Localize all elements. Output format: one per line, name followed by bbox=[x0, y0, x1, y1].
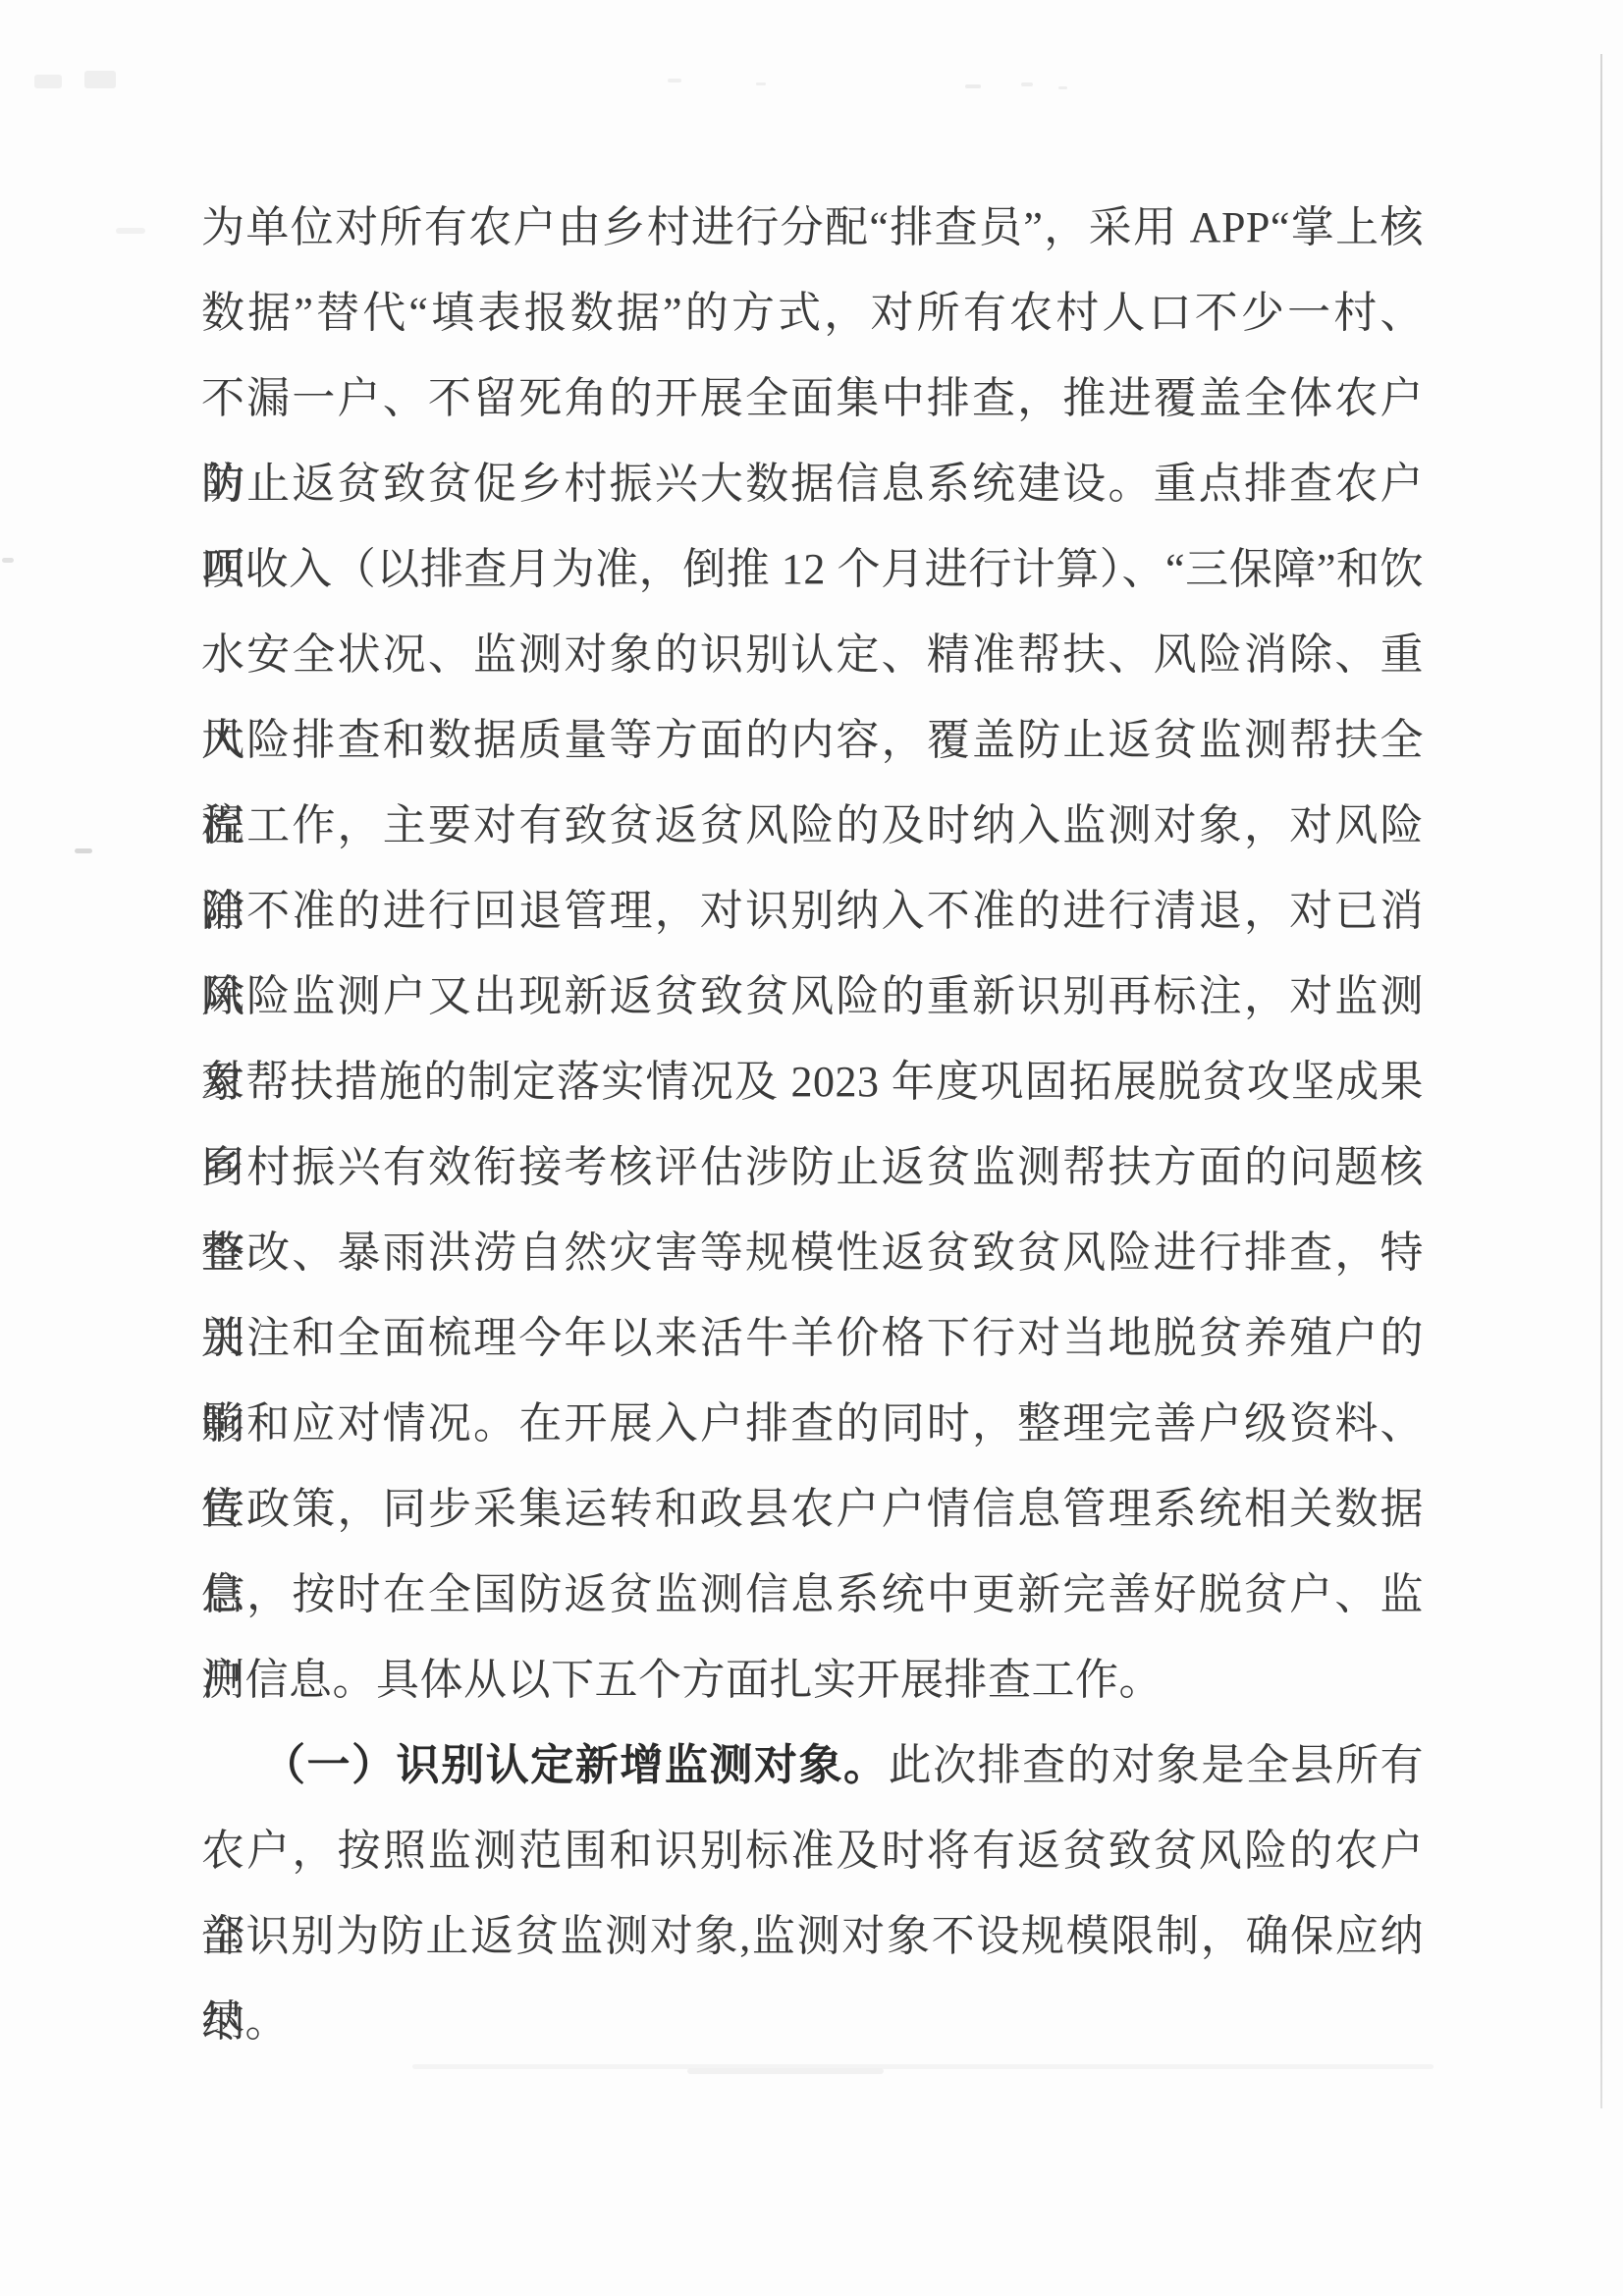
text-run: 为单位对所有农户由乡村进行分配“排查员”，采用 APP“掌上核 bbox=[201, 203, 1424, 251]
text-run: 数据”替代“填表报数据”的方式，对所有农村人口不少一村、 bbox=[201, 289, 1424, 337]
text-run: 纳。 bbox=[201, 1997, 289, 2046]
text-line: 除不准的进行回退管理，对识别纳入不准的进行清退，对已消除 bbox=[201, 868, 1424, 954]
text-line: 数据”替代“填表报数据”的方式，对所有农村人口不少一村、 bbox=[201, 270, 1424, 355]
scan-speck bbox=[1058, 86, 1067, 89]
text-line: 程工作，主要对有致贫返贫风险的及时纳入监测对象，对风险消 bbox=[201, 783, 1424, 868]
scan-speck bbox=[1021, 82, 1033, 86]
scan-speck bbox=[965, 84, 981, 88]
text-run: 此次排查的对象是全县所有 bbox=[889, 1741, 1424, 1789]
text-line: （一）识别认定新增监测对象。此次排查的对象是全县所有 bbox=[201, 1722, 1424, 1808]
heading-run: （一）识别认定新增监测对象。 bbox=[262, 1741, 889, 1789]
text-line: 部识别为防止返贫监测对象,监测对象不设规模限制，确保应纳尽 bbox=[201, 1893, 1424, 1979]
scan-speck bbox=[116, 228, 145, 234]
text-line: 农户，按照监测范围和识别标准及时将有返贫致贫风险的农户全 bbox=[201, 1808, 1424, 1893]
scan-speck bbox=[756, 82, 766, 85]
text-line: 风险排查和数据质量等方面的内容，覆盖防止返贫监测帮扶全流 bbox=[201, 697, 1424, 783]
document-page: 为单位对所有农户由乡村进行分配“排查员”，采用 APP“掌上核数据”替代“填表报… bbox=[0, 0, 1623, 2296]
text-run: 项收入（以排查月为准，倒推 12 个月进行计算）、“三保障”和饮 bbox=[201, 545, 1424, 593]
text-line: 传政策，同步采集运转和政县农户户情信息管理系统相关数据信 bbox=[201, 1466, 1424, 1552]
scan-speck bbox=[34, 75, 62, 88]
text-line: 息，按时在全国防返贫监测信息系统中更新完善好脱贫户、监测 bbox=[201, 1552, 1424, 1637]
scan-speck bbox=[75, 848, 92, 853]
text-line: 乡村振兴有效衔接考核评估涉防止返贫监测帮扶方面的问题核查 bbox=[201, 1124, 1424, 1210]
text-line: 不漏一户、不留死角的开展全面集中排查，推进覆盖全体农户的 bbox=[201, 355, 1424, 441]
scan-speck bbox=[84, 71, 116, 88]
text-line: 项收入（以排查月为准，倒推 12 个月进行计算）、“三保障”和饮 bbox=[201, 526, 1424, 612]
text-line: 关注和全面梳理今年以来活牛羊价格下行对当地脱贫养殖户的影 bbox=[201, 1295, 1424, 1381]
document-body: 为单位对所有农户由乡村进行分配“排查员”，采用 APP“掌上核数据”替代“填表报… bbox=[201, 185, 1424, 2064]
scan-artifact-vertical-line bbox=[1600, 54, 1602, 2108]
text-run: 户信息。具体从以下五个方面扎实开展排查工作。 bbox=[201, 1656, 1163, 1704]
text-line: 响和应对情况。在开展入户排查的同时，整理完善户级资料、宣 bbox=[201, 1381, 1424, 1466]
text-line: 纳。 bbox=[201, 1979, 1424, 2064]
scan-speck bbox=[2, 558, 14, 563]
scan-speck bbox=[668, 79, 681, 82]
text-line: 象帮扶措施的制定落实情况及 2023 年度巩固拓展脱贫攻坚成果同 bbox=[201, 1039, 1424, 1124]
text-line: 为单位对所有农户由乡村进行分配“排查员”，采用 APP“掌上核 bbox=[201, 185, 1424, 270]
text-line: 整改、暴雨洪涝自然灾害等规模性返贫致贫风险进行排查，特别 bbox=[201, 1210, 1424, 1295]
text-line: 风险监测户又出现新返贫致贫风险的重新识别再标注，对监测对 bbox=[201, 954, 1424, 1039]
text-line: 防止返贫致贫促乡村振兴大数据信息系统建设。重点排查农户四 bbox=[201, 441, 1424, 526]
scan-speck bbox=[687, 2068, 884, 2074]
text-line: 户信息。具体从以下五个方面扎实开展排查工作。 bbox=[201, 1637, 1424, 1722]
text-line: 水安全状况、监测对象的识别认定、精准帮扶、风险消除、重大 bbox=[201, 612, 1424, 697]
scan-speck bbox=[412, 2064, 1434, 2069]
